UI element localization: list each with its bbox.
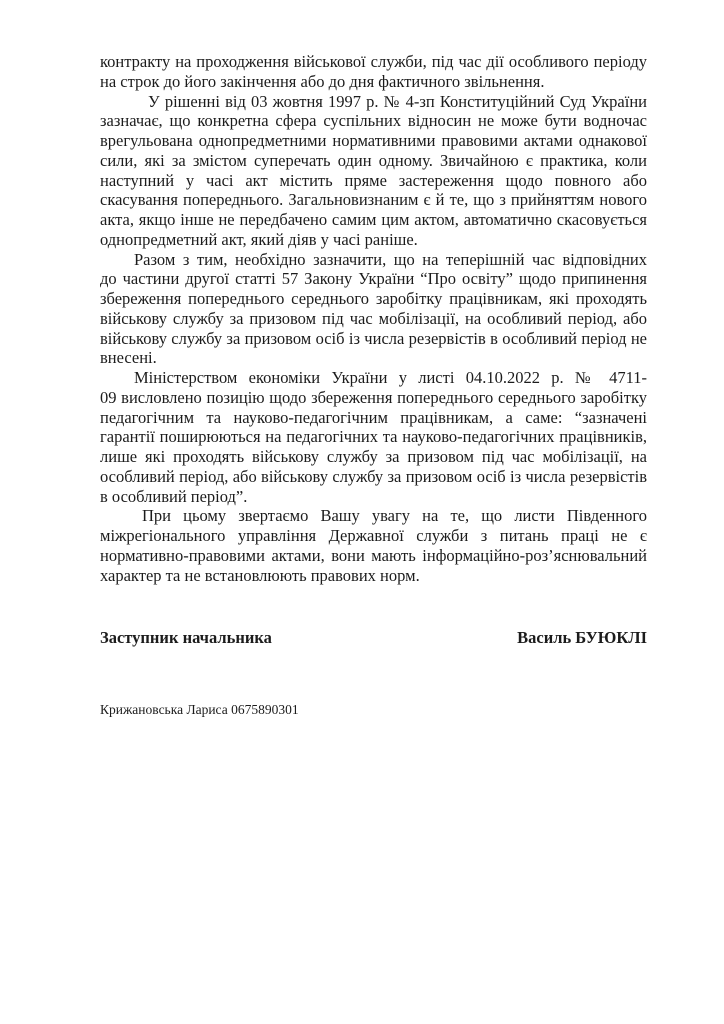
paragraph: Разом з тим, необхідно зазначити, що на …	[100, 250, 647, 369]
signature-row: Заступник начальника Василь БУЮКЛІ	[100, 628, 647, 648]
text-line: Міністерством економіки України у листі …	[100, 368, 647, 388]
text-line: У рішенні від 03 жовтня 1997 р. № 4-зп К…	[100, 92, 647, 112]
text-line: зазначає, що конкретна сфера суспільних …	[100, 111, 647, 131]
text-line: акта, якщо інше не передбачено самим цим…	[100, 210, 647, 230]
text-line: врегульована однопредметними нормативним…	[100, 131, 647, 151]
text-line: характер та не встановлюють правових нор…	[100, 566, 647, 586]
text-line: Разом з тим, необхідно зазначити, що на …	[100, 250, 647, 270]
text-line: гарантії поширюються на педагогічних та …	[100, 427, 647, 447]
text-line: скасування попереднього. Загальновизнани…	[100, 190, 647, 210]
text-line: При цьому звертаємо Вашу увагу на те, що…	[100, 506, 647, 526]
paragraph: При цьому звертаємо Вашу увагу на те, що…	[100, 506, 647, 585]
letter-body: контракту на проходження військової служ…	[100, 52, 647, 585]
paragraph: Міністерством економіки України у листі …	[100, 368, 647, 506]
text-line: сили, які за змістом суперечать один одн…	[100, 151, 647, 171]
text-line: до частини другої статті 57 Закону Украї…	[100, 269, 647, 289]
text-line: в особливий період”.	[100, 487, 647, 507]
signer-position: Заступник начальника	[100, 628, 272, 648]
paragraph: контракту на проходження військової служ…	[100, 52, 647, 92]
document-page: контракту на проходження військової служ…	[0, 0, 724, 1024]
text-line: на строк до його закінчення або до дня ф…	[100, 72, 647, 92]
text-line: внесені.	[100, 348, 647, 368]
text-line: нормативно-правовими актами, вони мають …	[100, 546, 647, 566]
text-line: наступний у часі акт містить пряме засте…	[100, 171, 647, 191]
text-line: 09 висловлено позицію щодо збереження по…	[100, 388, 647, 408]
executor-contact: Крижановська Лариса 0675890301	[100, 702, 647, 718]
text-line: контракту на проходження військової служ…	[100, 52, 647, 72]
paragraph: У рішенні від 03 жовтня 1997 р. № 4-зп К…	[100, 92, 647, 250]
text-line: лише які проходять військову службу за п…	[100, 447, 647, 467]
signer-name: Василь БУЮКЛІ	[517, 628, 647, 648]
text-line: однопредметний акт, який діяв у часі ран…	[100, 230, 647, 250]
text-line: особливий період, або військову службу з…	[100, 467, 647, 487]
text-line: міжрегіонального управління Державної сл…	[100, 526, 647, 546]
text-line: військову службу за призовом під час моб…	[100, 309, 647, 329]
text-line: збереження попереднього середнього зароб…	[100, 289, 647, 309]
text-line: військову службу за призовом осіб із чис…	[100, 329, 647, 349]
text-line: педагогічним та науково-педагогічним пра…	[100, 408, 647, 428]
